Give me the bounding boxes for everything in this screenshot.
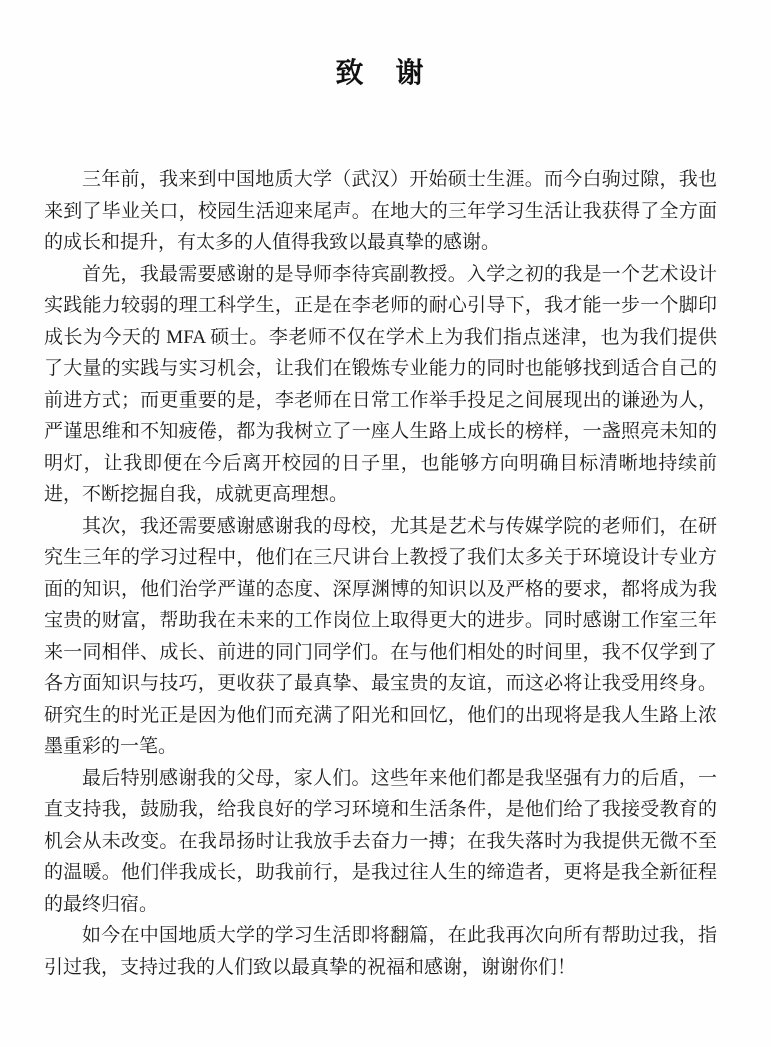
paragraph-intro: 三年前，我来到中国地质大学（武汉）开始硕士生涯。而今白驹过隙，我也来到了毕业关口…	[44, 164, 717, 259]
page-title: 致 谢	[44, 56, 717, 92]
paragraph-advisor-thanks: 首先，我最需要感谢的是导师李待宾副教授。入学之初的我是一个艺术设计实践能力较弱的…	[44, 259, 717, 511]
document-page: 致 谢 三年前，我来到中国地质大学（武汉）开始硕士生涯。而今白驹过隙，我也来到了…	[0, 0, 771, 1047]
paragraph-family-thanks: 最后特别感谢我的父母，家人们。这些年来他们都是我坚强有力的后盾，一直支持我，鼓励…	[44, 763, 717, 921]
document-body: 三年前，我来到中国地质大学（武汉）开始硕士生涯。而今白驹过隙，我也来到了毕业关口…	[44, 164, 717, 983]
paragraph-closing: 如今在中国地质大学的学习生活即将翻篇，在此我再次向所有帮助过我，指引过我，支持过…	[44, 920, 717, 983]
paragraph-school-thanks: 其次，我还需要感谢感谢我的母校，尤其是艺术与传媒学院的老师们，在研究生三年的学习…	[44, 511, 717, 763]
